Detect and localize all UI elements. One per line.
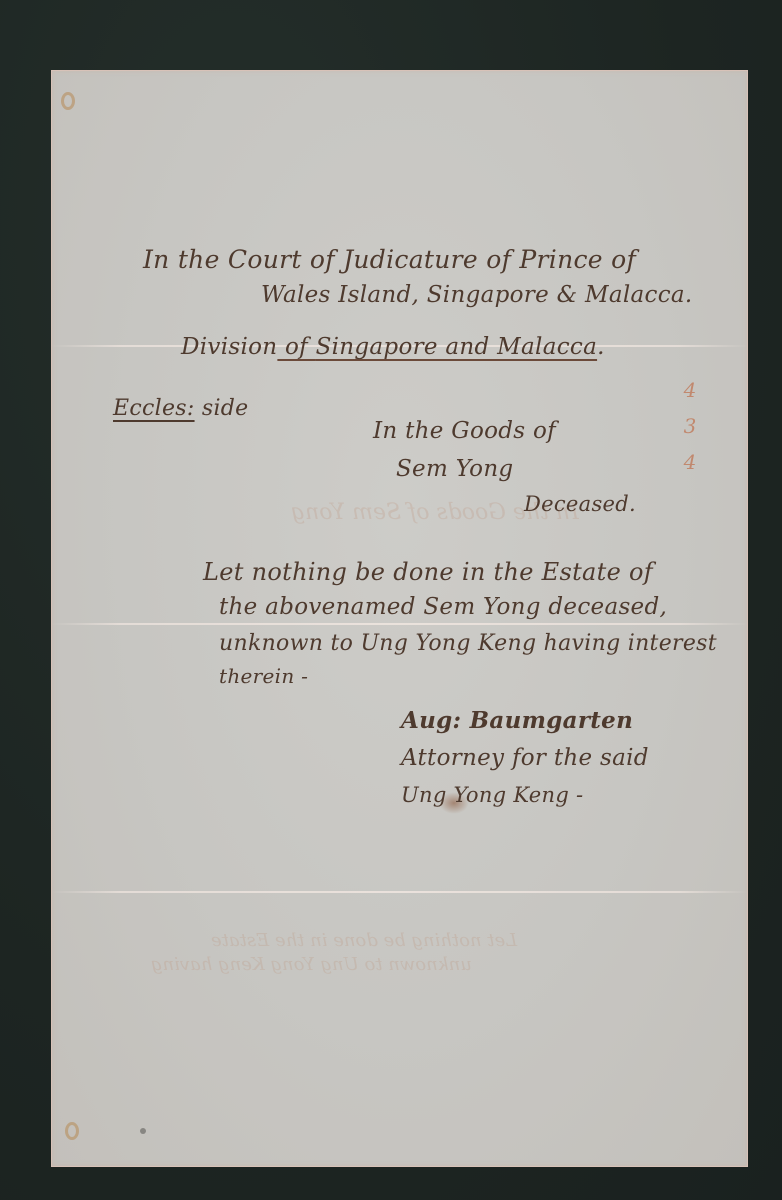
division-heading: Division of Singapore and Malacca.	[181, 334, 605, 360]
caveat-line1: Let nothing be done in the Estate of	[203, 558, 653, 586]
margin-mark: 4	[679, 444, 701, 480]
ink-spot	[140, 1128, 146, 1134]
bleed-through-text: Let nothing be done in the Estate	[211, 930, 517, 951]
division-end: .	[597, 334, 605, 360]
caveat-line3: unknown to Ung Yong Keng having interest	[219, 631, 717, 656]
caveat-line2: the abovenamed Sem Yong deceased,	[219, 594, 667, 620]
fold-line	[51, 891, 748, 893]
ecclesiastical-side-label: Eccles: side	[113, 396, 248, 421]
division-place: Singapore and Malacca	[316, 334, 598, 360]
punch-hole-icon	[61, 92, 75, 110]
bleed-through-text: unknown to Ung Yong Keng having	[151, 954, 472, 975]
fold-line	[51, 623, 748, 625]
margin-mark: 4	[679, 372, 701, 408]
court-heading-line1: In the Court of Judicature of Prince of	[143, 245, 636, 274]
eccles-abbrev: Eccles:	[113, 396, 195, 421]
margin-annotation: 4 3 4	[679, 372, 701, 480]
court-heading-line2: Wales Island, Singapore & Malacca.	[261, 282, 693, 308]
division-prefix: Division	[181, 334, 277, 360]
division-of: of	[277, 334, 315, 360]
side-word: side	[195, 396, 249, 421]
case-title-deceased: Deceased.	[524, 492, 636, 516]
manuscript-page: In the Goods of Sem Yong Let nothing be …	[51, 70, 748, 1167]
signature-role: Attorney for the said	[401, 745, 649, 771]
caveat-line4: therein -	[219, 664, 308, 688]
signature-name: Aug: Baumgarten	[401, 707, 633, 734]
case-title-name: Sem Yong	[396, 456, 513, 482]
punch-hole-icon	[65, 1122, 79, 1140]
case-title-line1: In the Goods of	[373, 418, 556, 444]
margin-mark: 3	[679, 408, 701, 444]
signature-client: Ung Yong Keng -	[401, 783, 583, 807]
